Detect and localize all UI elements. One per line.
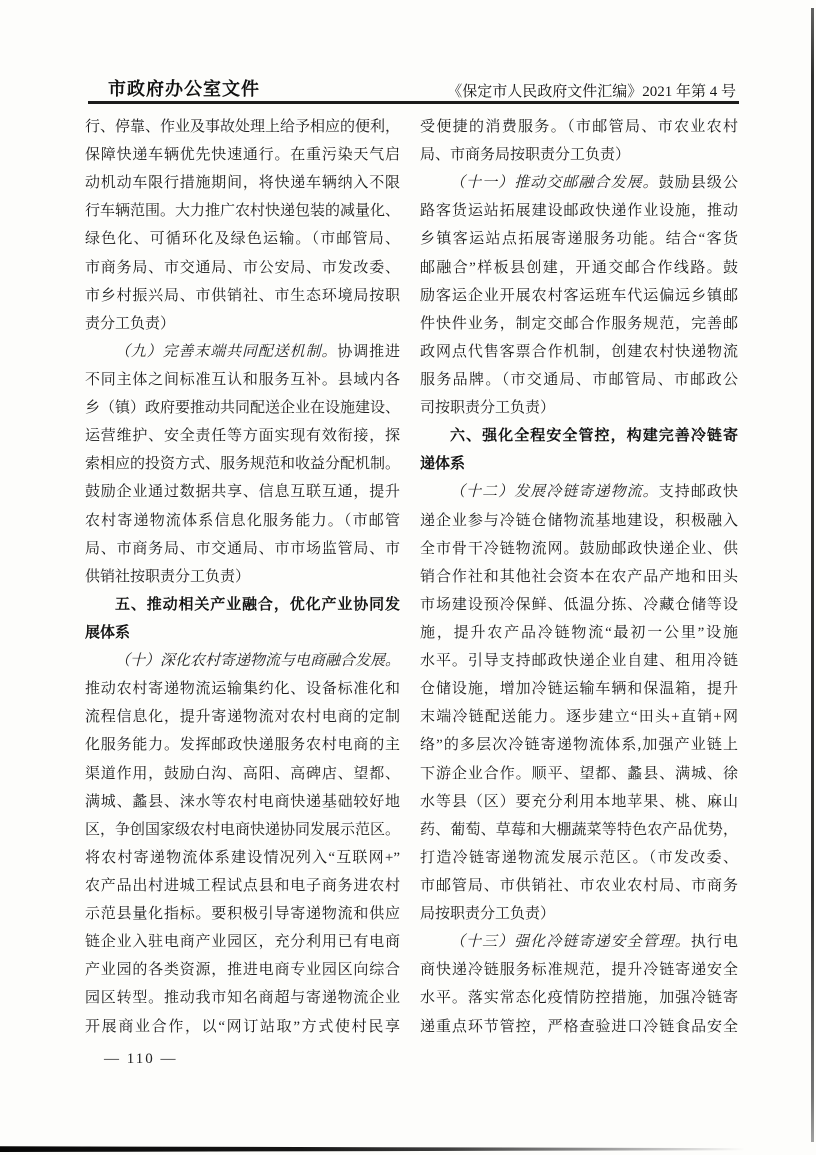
- text-line: 满城、蠡县、涞水等农村电商快递基础较好地: [85, 788, 400, 816]
- body-text: 络”的多层次冷链寄递物流体系,加强产业链上: [420, 737, 738, 753]
- body-text: 受便捷的消费服务。（市邮管局、市农业农村: [420, 119, 738, 135]
- body-text: 水平。引导支持邮政快递企业自建、租用冷链: [420, 653, 738, 669]
- body-text: 区，争创国家级农村电商快递协同发展示范区。: [85, 822, 400, 838]
- text-line: 动机动车限行措施期间，将快递车辆纳入不限: [85, 169, 400, 197]
- heading-text: 递体系: [420, 455, 465, 472]
- text-line: 责分工负责）: [85, 310, 400, 338]
- body-text: 支持邮政快: [659, 484, 738, 500]
- body-text: 服务品牌。（市交通局、市邮管局、市邮政公: [420, 372, 738, 388]
- text-line: 流程信息化，提升寄递物流对农村电商的定制: [85, 703, 400, 731]
- text-line: 递企业参与冷链仓储物流基地建设，积极融入: [420, 507, 738, 535]
- body-text: 链企业入驻电商产业园区，充分利用已有电商: [85, 934, 400, 950]
- body-text: 仓储设施，增加冷链运输车辆和保温箱，提升: [420, 681, 738, 697]
- text-line: 推动农村寄递物流运输集约化、设备标准化和: [85, 675, 400, 703]
- body-text: 索相应的投资方式、服务规范和收益分配机制。: [85, 456, 400, 472]
- heading-text: 六、强化全程安全管控，构建完善冷链寄: [450, 427, 738, 444]
- text-line: 服务品牌。（市交通局、市邮管局、市邮政公: [420, 366, 738, 394]
- body-text: 励客运企业开展农村客运班车代运偏远乡镇邮: [420, 288, 738, 304]
- text-line: 渠道作用，鼓励白沟、高阳、高碑店、望都、: [85, 760, 400, 788]
- text-line: 商快递冷链服务标准规范，提升冷链寄递安全: [420, 956, 738, 984]
- body-text: 销合作社和其他社会资本在农产品产地和田头: [420, 569, 738, 585]
- body-text: 局按职责分工负责）: [420, 906, 555, 922]
- text-line: （十）深化农村寄递物流与电商融合发展。: [85, 647, 400, 675]
- body-text: 市场建设预冷保鲜、低温分拣、冷藏仓储等设: [420, 597, 738, 613]
- text-line: 递重点环节管控，严格查验进口冷链食品安全: [420, 1013, 738, 1041]
- column-right: 受便捷的消费服务。（市邮管局、市农业农村局、市商务局按职责分工负责）（十一）推动…: [420, 113, 738, 1041]
- text-line: 鼓励企业通过数据共享、信息互联互通，提升: [85, 478, 400, 506]
- text-line: 乡（镇）政府要推动共同配送企业在设施建设、: [85, 394, 400, 422]
- body-text: 保障快递车辆优先快速通行。在重污染天气启: [85, 147, 400, 163]
- text-line: 递体系: [420, 450, 738, 478]
- emphasis-text: （十二）发展冷链寄递物流。: [450, 484, 659, 500]
- header-rule: [88, 101, 739, 104]
- text-line: 运营维护、安全责任等方面实现有效衔接，探: [85, 422, 400, 450]
- body-text: 流程信息化，提升寄递物流对农村电商的定制: [85, 709, 400, 725]
- body-text: 商快递冷链服务标准规范，提升冷链寄递安全: [420, 962, 738, 978]
- text-line: 市场建设预冷保鲜、低温分拣、冷藏仓储等设: [420, 591, 738, 619]
- body-text: 鼓励企业通过数据共享、信息互联互通，提升: [85, 484, 400, 500]
- text-line: 行、停靠、作业及事故处理上给予相应的便利，: [85, 113, 400, 141]
- text-line: 农产品出村进城工程试点县和电子商务进农村: [85, 872, 400, 900]
- body-text: 司按职责分工负责）: [420, 400, 555, 416]
- heading-text: 五、推动相关产业融合，优化产业协同发: [115, 596, 400, 613]
- text-line: 开展商业合作，以“网订站取”方式使村民享: [85, 1013, 400, 1041]
- body-text: 供销社按职责分工负责）: [85, 569, 250, 585]
- body-text: 不同主体之间标准互认和服务互补。县域内各: [85, 372, 400, 388]
- text-line: 区，争创国家级农村电商快递协同发展示范区。: [85, 816, 400, 844]
- heading-text: 展体系: [85, 624, 130, 641]
- text-line: 示范县量化指标。要积极引导寄递物流和供应: [85, 900, 400, 928]
- body-text: 局、市商务局、市交通局、市市场监管局、市: [85, 541, 400, 557]
- text-line: 五、推动相关产业融合，优化产业协同发: [85, 591, 400, 619]
- body-text: 末端冷链配送能力。逐步建立“田头+直销+网: [420, 709, 738, 725]
- page-number: — 110 —: [104, 1048, 224, 1070]
- column-left: 行、停靠、作业及事故处理上给予相应的便利，保障快递车辆优先快速通行。在重污染天气…: [85, 113, 400, 1041]
- body-text: 乡（镇）政府要推动共同配送企业在设施建设、: [85, 400, 400, 416]
- body-text: 水平。落实常态化疫情防控措施，加强冷链寄: [420, 990, 738, 1006]
- text-line: 司按职责分工负责）: [420, 394, 738, 422]
- body-text: 路客货运站拓展建设邮政快递作业设施，推动: [420, 203, 738, 219]
- scan-edge-bottom-artifact: [0, 1146, 745, 1152]
- body-text: 鼓励县级公: [659, 175, 738, 191]
- body-text: 药、葡萄、草莓和大棚蔬菜等特色农产品优势，: [420, 822, 738, 838]
- body-text: 执行电: [691, 934, 738, 950]
- body-text: 示范县量化指标。要积极引导寄递物流和供应: [85, 906, 400, 922]
- text-line: 受便捷的消费服务。（市邮管局、市农业农村: [420, 113, 738, 141]
- text-line: 行车辆范围。大力推广农村快递包装的减量化、: [85, 197, 400, 225]
- text-line: 产业园的各类资源，推进电商专业园区向综合: [85, 956, 400, 984]
- body-text: 行、停靠、作业及事故处理上给予相应的便利，: [85, 119, 400, 135]
- text-line: 保障快递车辆优先快速通行。在重污染天气启: [85, 141, 400, 169]
- text-line: （十二）发展冷链寄递物流。支持邮政快: [420, 478, 738, 506]
- text-line: 乡镇客运站点拓展寄递服务功能。结合“客货: [420, 225, 738, 253]
- body-text: 责分工负责）: [85, 316, 175, 332]
- document-page: 市政府办公室文件 《保定市人民政府文件汇编》2021 年第 4 号 行、停靠、作…: [0, 0, 816, 1155]
- text-line: 市邮管局、市供销社、市农业农村局、市商务: [420, 872, 738, 900]
- body-columns: 行、停靠、作业及事故处理上给予相应的便利，保障快递车辆优先快速通行。在重污染天气…: [85, 113, 738, 1041]
- text-line: （十一）推动交邮融合发展。鼓励县级公: [420, 169, 738, 197]
- body-text: 乡镇客运站点拓展寄递服务功能。结合“客货: [420, 231, 738, 247]
- text-line: 市商务局、市交通局、市公安局、市发改委、: [85, 254, 400, 282]
- emphasis-text: （九）完善末端共同配送机制。: [115, 344, 337, 360]
- body-text: 动机动车限行措施期间，将快递车辆纳入不限: [85, 175, 400, 191]
- text-line: 励客运企业开展农村客运班车代运偏远乡镇邮: [420, 282, 738, 310]
- body-text: 市邮管局、市供销社、市农业农村局、市商务: [420, 878, 738, 894]
- body-text: 推动农村寄递物流运输集约化、设备标准化和: [85, 681, 400, 697]
- body-text: 满城、蠡县、涞水等农村电商快递基础较好地: [85, 794, 400, 810]
- text-line: 索相应的投资方式、服务规范和收益分配机制。: [85, 450, 400, 478]
- body-text: 政网点代售客票合作机制，创建农村快递物流: [420, 344, 738, 360]
- body-text: 打造冷链寄递物流发展示范区。（市发改委、: [420, 850, 738, 866]
- text-line: 下游企业合作。顺平、望都、蠡县、满城、徐: [420, 760, 738, 788]
- body-text: 化服务能力。发挥邮政快递服务农村电商的主: [85, 737, 400, 753]
- text-line: 局按职责分工负责）: [420, 900, 738, 928]
- body-text: 绿色化、可循环化及绿色运输。（市邮管局、: [85, 231, 400, 247]
- text-line: 市乡村振兴局、市供销社、市生态环境局按职: [85, 282, 400, 310]
- emphasis-text: （十一）推动交邮融合发展。: [450, 175, 659, 191]
- text-line: 药、葡萄、草莓和大棚蔬菜等特色农产品优势，: [420, 816, 738, 844]
- text-line: 园区转型。推动我市知名商超与寄递物流企业: [85, 984, 400, 1012]
- text-line: 链企业入驻电商产业园区，充分利用已有电商: [85, 928, 400, 956]
- text-line: 络”的多层次冷链寄递物流体系,加强产业链上: [420, 731, 738, 759]
- text-line: 局、市商务局按职责分工负责）: [420, 141, 738, 169]
- body-text: 渠道作用，鼓励白沟、高阳、高碑店、望都、: [85, 766, 400, 782]
- text-line: 销合作社和其他社会资本在农产品产地和田头: [420, 563, 738, 591]
- body-text: 局、市商务局按职责分工负责）: [420, 147, 630, 163]
- text-line: （十三）强化冷链寄递安全管理。执行电: [420, 928, 738, 956]
- scan-edge-right-artifact: [811, 8, 814, 1142]
- text-line: 路客货运站拓展建设邮政快递作业设施，推动: [420, 197, 738, 225]
- text-line: 水平。落实常态化疫情防控措施，加强冷链寄: [420, 984, 738, 1012]
- text-line: 施，提升农产品冷链物流“最初一公里”设施: [420, 619, 738, 647]
- body-text: 下游企业合作。顺平、望都、蠡县、满城、徐: [420, 766, 738, 782]
- body-text: 件快件业务，制定交邮合作服务规范，完善邮: [420, 316, 738, 332]
- text-line: 全市骨干冷链物流网。鼓励邮政快递企业、供: [420, 535, 738, 563]
- body-text: 协调推进: [337, 344, 400, 360]
- text-line: 邮融合”样板县创建，开通交邮合作线路。鼓: [420, 254, 738, 282]
- emphasis-text: （十三）强化冷链寄递安全管理。: [450, 934, 691, 950]
- body-text: 农村寄递物流体系信息化服务能力。（市邮管: [85, 513, 400, 529]
- text-line: 仓储设施，增加冷链运输车辆和保温箱，提升: [420, 675, 738, 703]
- text-line: 六、强化全程安全管控，构建完善冷链寄: [420, 422, 738, 450]
- text-line: 水平。引导支持邮政快递企业自建、租用冷链: [420, 647, 738, 675]
- body-text: 全市骨干冷链物流网。鼓励邮政快递企业、供: [420, 541, 738, 557]
- body-text: 行车辆范围。大力推广农村快递包装的减量化、: [85, 203, 400, 219]
- body-text: 运营维护、安全责任等方面实现有效衔接，探: [85, 428, 400, 444]
- text-line: 农村寄递物流体系信息化服务能力。（市邮管: [85, 507, 400, 535]
- body-text: 产业园的各类资源，推进电商专业园区向综合: [85, 962, 400, 978]
- body-text: 递重点环节管控，严格查验进口冷链食品安全: [420, 1019, 738, 1035]
- body-text: 施，提升农产品冷链物流“最初一公里”设施: [420, 625, 738, 641]
- text-line: 水等县（区）要充分利用本地苹果、桃、麻山: [420, 788, 738, 816]
- body-text: 水等县（区）要充分利用本地苹果、桃、麻山: [420, 794, 738, 810]
- text-line: 供销社按职责分工负责）: [85, 563, 400, 591]
- body-text: 市乡村振兴局、市供销社、市生态环境局按职: [85, 288, 400, 304]
- body-text: 开展商业合作，以“网订站取”方式使村民享: [85, 1019, 400, 1035]
- body-text: 园区转型。推动我市知名商超与寄递物流企业: [85, 990, 400, 1006]
- text-line: 打造冷链寄递物流发展示范区。（市发改委、: [420, 844, 738, 872]
- text-line: 展体系: [85, 619, 400, 647]
- text-line: 末端冷链配送能力。逐步建立“田头+直销+网: [420, 703, 738, 731]
- text-line: 绿色化、可循环化及绿色运输。（市邮管局、: [85, 225, 400, 253]
- text-line: 不同主体之间标准互认和服务互补。县域内各: [85, 366, 400, 394]
- body-text: 邮融合”样板县创建，开通交邮合作线路。鼓: [420, 260, 738, 276]
- emphasis-text: （十）深化农村寄递物流与电商融合发展。: [115, 653, 400, 669]
- body-text: 将农村寄递物流体系建设情况列入“互联网+”: [85, 850, 400, 866]
- body-text: 农产品出村进城工程试点县和电子商务进农村: [85, 878, 400, 894]
- header-edition-title: 《保定市人民政府文件汇编》2021 年第 4 号: [356, 81, 736, 103]
- body-text: 市商务局、市交通局、市公安局、市发改委、: [85, 260, 400, 276]
- text-line: 政网点代售客票合作机制，创建农村快递物流: [420, 338, 738, 366]
- body-text: 递企业参与冷链仓储物流基地建设，积极融入: [420, 513, 738, 529]
- text-line: 化服务能力。发挥邮政快递服务农村电商的主: [85, 731, 400, 759]
- text-line: 将农村寄递物流体系建设情况列入“互联网+”: [85, 844, 400, 872]
- text-line: 局、市商务局、市交通局、市市场监管局、市: [85, 535, 400, 563]
- text-line: （九）完善末端共同配送机制。协调推进: [85, 338, 400, 366]
- text-line: 件快件业务，制定交邮合作服务规范，完善邮: [420, 310, 738, 338]
